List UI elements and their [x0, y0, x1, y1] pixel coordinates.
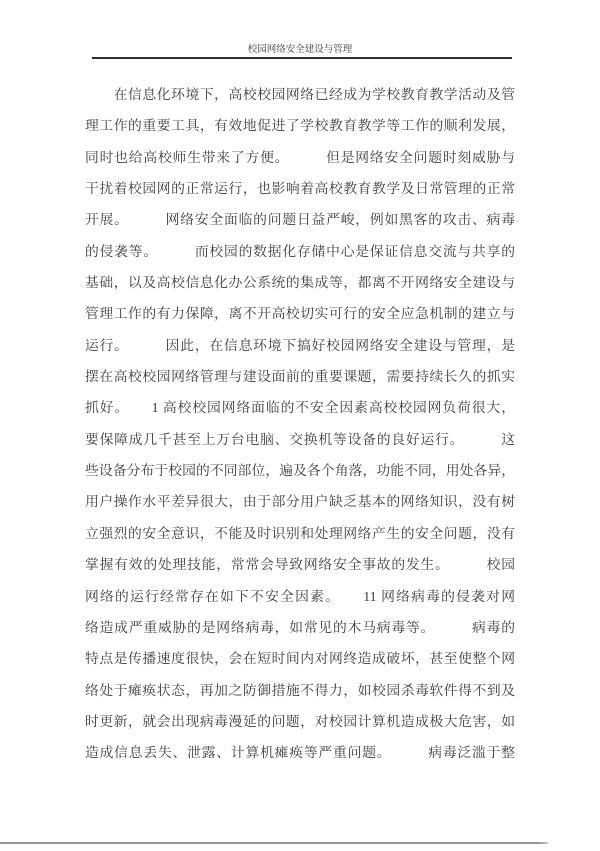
text-line: 基础，以及高校信息化办公系统的集成等，都离不开网络安全建设与	[85, 267, 515, 298]
text-line: 些设备分布于校园的不同部位，遍及各个角落，功能不同，用处各异，	[85, 455, 515, 486]
text-line: 掌握有效的处理技能，常常会导致网络安全事故的发生。 校园	[85, 549, 515, 580]
document-body: 在信息化环境下，高校校园网络已经成为学校教育教学活动及管 理工作的重要工具，有效…	[85, 79, 515, 769]
text-line: 时更新，就会出现病毒漫延的问题，对校园计算机造成极大危害，如	[85, 706, 515, 737]
text-line: 抓好。 1 高校校园网络面临的不安全因素高校校园网负荷很大，	[85, 392, 515, 423]
text-line: 网络的运行经常存在如下不安全因素。 11 网络病毒的侵袭对网	[85, 581, 515, 612]
text-line: 特点是传播速度很快，会在短时间内对网终造成破坏，甚至使整个网	[85, 643, 515, 674]
text-line: 管理工作的有力保障，离不开高校切实可行的安全应急机制的建立与	[85, 298, 515, 329]
text-line: 造成信息丢失、泄露、计算机瘫痪等严重问题。 病毒泛滥于整	[85, 737, 515, 768]
text-line: 要保障成几千甚至上万台电脑、交换机等设备的良好运行。 这	[85, 424, 515, 455]
text-line: 同时也给高校师生带来了方便。 但是网络安全问题时刻威胁与	[85, 142, 515, 173]
text-line: 运行。 因此，在信息环境下搞好校园网络安全建设与管理，是	[85, 330, 515, 361]
text-line: 理工作的重要工具，有效地促进了学校教育教学等工作的顺利发展，	[85, 110, 515, 141]
text-line: 用户操作水平差异很大，由于部分用户缺乏基本的网络知识，没有树	[85, 486, 515, 517]
header-rule	[92, 57, 512, 59]
text-line: 开展。 网络安全面临的问题日益严峻，例如黑客的攻击、病毒	[85, 204, 515, 235]
text-line: 的侵袭等。 而校园的数据化存储中心是保证信息交流与共享的	[85, 236, 515, 267]
document-page: 校园网络安全建设与管理 在信息化环境下，高校校园网络已经成为学校教育教学活动及管…	[0, 0, 600, 851]
text-line: 摆在高校校园网络管理与建设面前的重要课题，需要持续长久的抓实	[85, 361, 515, 392]
text-line: 干扰着校园网的正常运行，也影响着高校教育教学及日常管理的正常	[85, 173, 515, 204]
text-line: 络造成严重威胁的是网络病毒，如常见的木马病毒等。 病毒的	[85, 612, 515, 643]
page-header-title: 校园网络安全建设与管理	[0, 44, 600, 56]
text-line: 立强烈的安全意识，不能及时识别和处理网络产生的安全问题，没有	[85, 518, 515, 549]
text-line: 在信息化环境下，高校校园网络已经成为学校教育教学活动及管	[85, 79, 515, 110]
text-line: 络处于瘫痪状态，再加之防御措施不得力，如校园杀毒软件得不到及	[85, 675, 515, 706]
page-bottom-edge	[0, 842, 548, 844]
